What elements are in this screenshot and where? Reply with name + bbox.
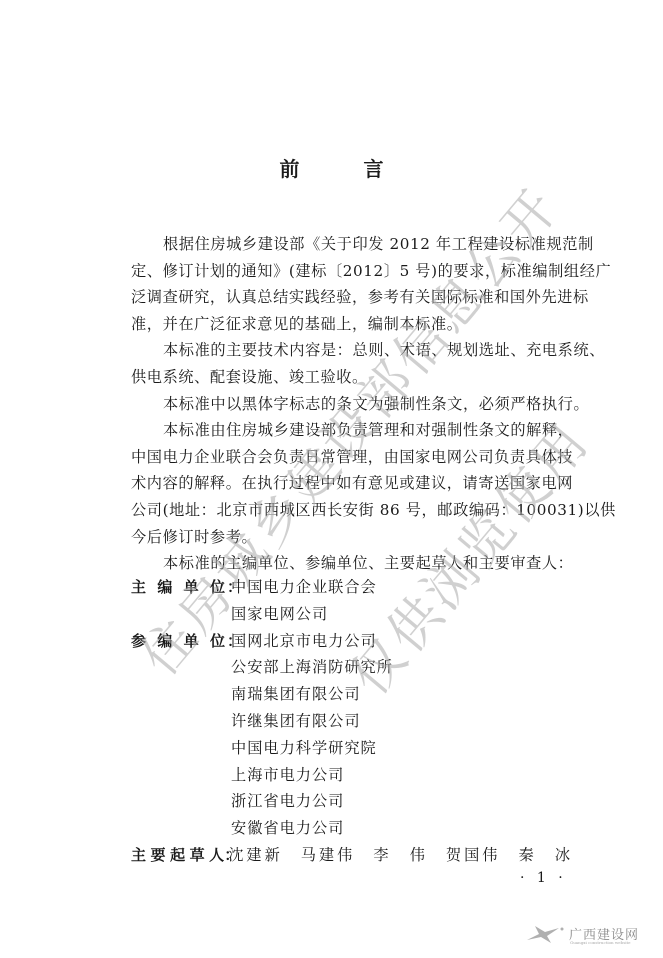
paragraph-line: 本标准的主要技术内容是：总则、术语、规划选址、充电系统、 — [131, 337, 561, 364]
participating-unit-row: 中国电力科学研究院 — [131, 735, 591, 762]
participating-unit-row: 公安部上海消防研究所 — [131, 654, 591, 681]
participating-unit-value: 南瑞集团有限公司 — [231, 681, 361, 708]
drafter-name: 马建伟 — [301, 846, 356, 864]
star-logo-icon — [525, 922, 565, 944]
page-title: 前言 — [0, 153, 663, 182]
drafter-name: 李 伟 — [373, 846, 428, 864]
paragraph-line: 公司(地址：北京市西城区西长安街 86 号，邮政编码：100031)以供 — [131, 497, 561, 524]
drafter-name: 贺国伟 — [446, 846, 501, 864]
paragraph-line: 本标准的主编单位、参编单位、主要起草人和主要审查人： — [131, 550, 561, 577]
participating-unit-value: 中国电力科学研究院 — [231, 735, 377, 762]
paragraph-line: 本标准由住房城乡建设部负责管理和对强制性条文的解释， — [131, 417, 561, 444]
site-logo: 广西建设网 Guangxi construction website — [525, 918, 660, 948]
chief-unit-value: 中国电力企业联合会 — [231, 574, 377, 601]
participating-unit-row: 参编单位： 国网北京市电力公司 — [131, 628, 591, 655]
paragraph-line: 泛调查研究，认真总结实践经验，参考有关国际标准和国外先进标 — [131, 284, 561, 311]
participating-unit-value: 许继集团有限公司 — [231, 708, 361, 735]
title-char-1: 前 — [280, 153, 300, 182]
participating-unit-label: 参编单位 — [131, 628, 227, 655]
chief-unit-row: 主编单位： 中国电力企业联合会 — [131, 574, 591, 601]
title-char-2: 言 — [364, 153, 384, 182]
paragraph-line: 中国电力企业联合会负责日常管理，由国家电网公司负责具体技 — [131, 444, 561, 471]
paragraph-line: 供电系统、配套设施、竣工验收。 — [131, 364, 561, 391]
participating-unit-value: 浙江省电力公司 — [231, 788, 344, 815]
participating-unit-row: 浙江省电力公司 — [131, 788, 591, 815]
paragraph-line: 今后修订时参考。 — [131, 524, 561, 551]
chief-unit-row: 国家电网公司 — [131, 601, 591, 628]
units-list: 主编单位： 中国电力企业联合会 国家电网公司 参编单位： 国网北京市电力公司 公… — [131, 574, 591, 869]
participating-unit-value: 公安部上海消防研究所 — [231, 654, 393, 681]
participating-unit-value: 上海市电力公司 — [231, 762, 344, 789]
participating-unit-row: 安徽省电力公司 — [131, 815, 591, 842]
drafters-label: 主要起草人 — [131, 842, 224, 869]
drafters-value: 沈建新马建伟李 伟贺国伟秦 冰 — [228, 842, 591, 869]
drafter-name: 秦 冰 — [518, 846, 573, 864]
paragraph-line: 根据住房城乡建设部《关于印发 2012 年工程建设标准规范制 — [131, 231, 561, 258]
participating-unit-value: 国网北京市电力公司 — [231, 628, 377, 655]
chief-unit-label: 主编单位 — [131, 574, 227, 601]
page-number: · 1 · — [520, 870, 567, 886]
drafter-name: 沈建新 — [228, 846, 283, 864]
participating-unit-value: 安徽省电力公司 — [231, 815, 344, 842]
participating-unit-row: 许继集团有限公司 — [131, 708, 591, 735]
document-page: 前言 根据住房城乡建设部《关于印发 2012 年工程建设标准规范制 定、修订计划… — [0, 0, 663, 958]
paragraph-line: 准，并在广泛征求意见的基础上，编制本标准。 — [131, 311, 561, 338]
paragraph-line: 术内容的解释。在执行过程中如有意见或建议，请寄送国家电网 — [131, 470, 561, 497]
chief-unit-value: 国家电网公司 — [231, 601, 328, 628]
preface-body: 根据住房城乡建设部《关于印发 2012 年工程建设标准规范制 定、修订计划的通知… — [131, 231, 561, 577]
paragraph-line: 定、修订计划的通知》(建标〔2012〕5 号)的要求，标准编制组经广 — [131, 258, 561, 285]
paragraph-line: 本标准中以黑体字标志的条文为强制性条文，必须严格执行。 — [131, 391, 561, 418]
participating-unit-row: 南瑞集团有限公司 — [131, 681, 591, 708]
participating-unit-row: 上海市电力公司 — [131, 762, 591, 789]
logo-subtitle: Guangxi construction website — [570, 940, 631, 945]
drafters-row: 主要起草人： 沈建新马建伟李 伟贺国伟秦 冰 — [131, 842, 591, 869]
